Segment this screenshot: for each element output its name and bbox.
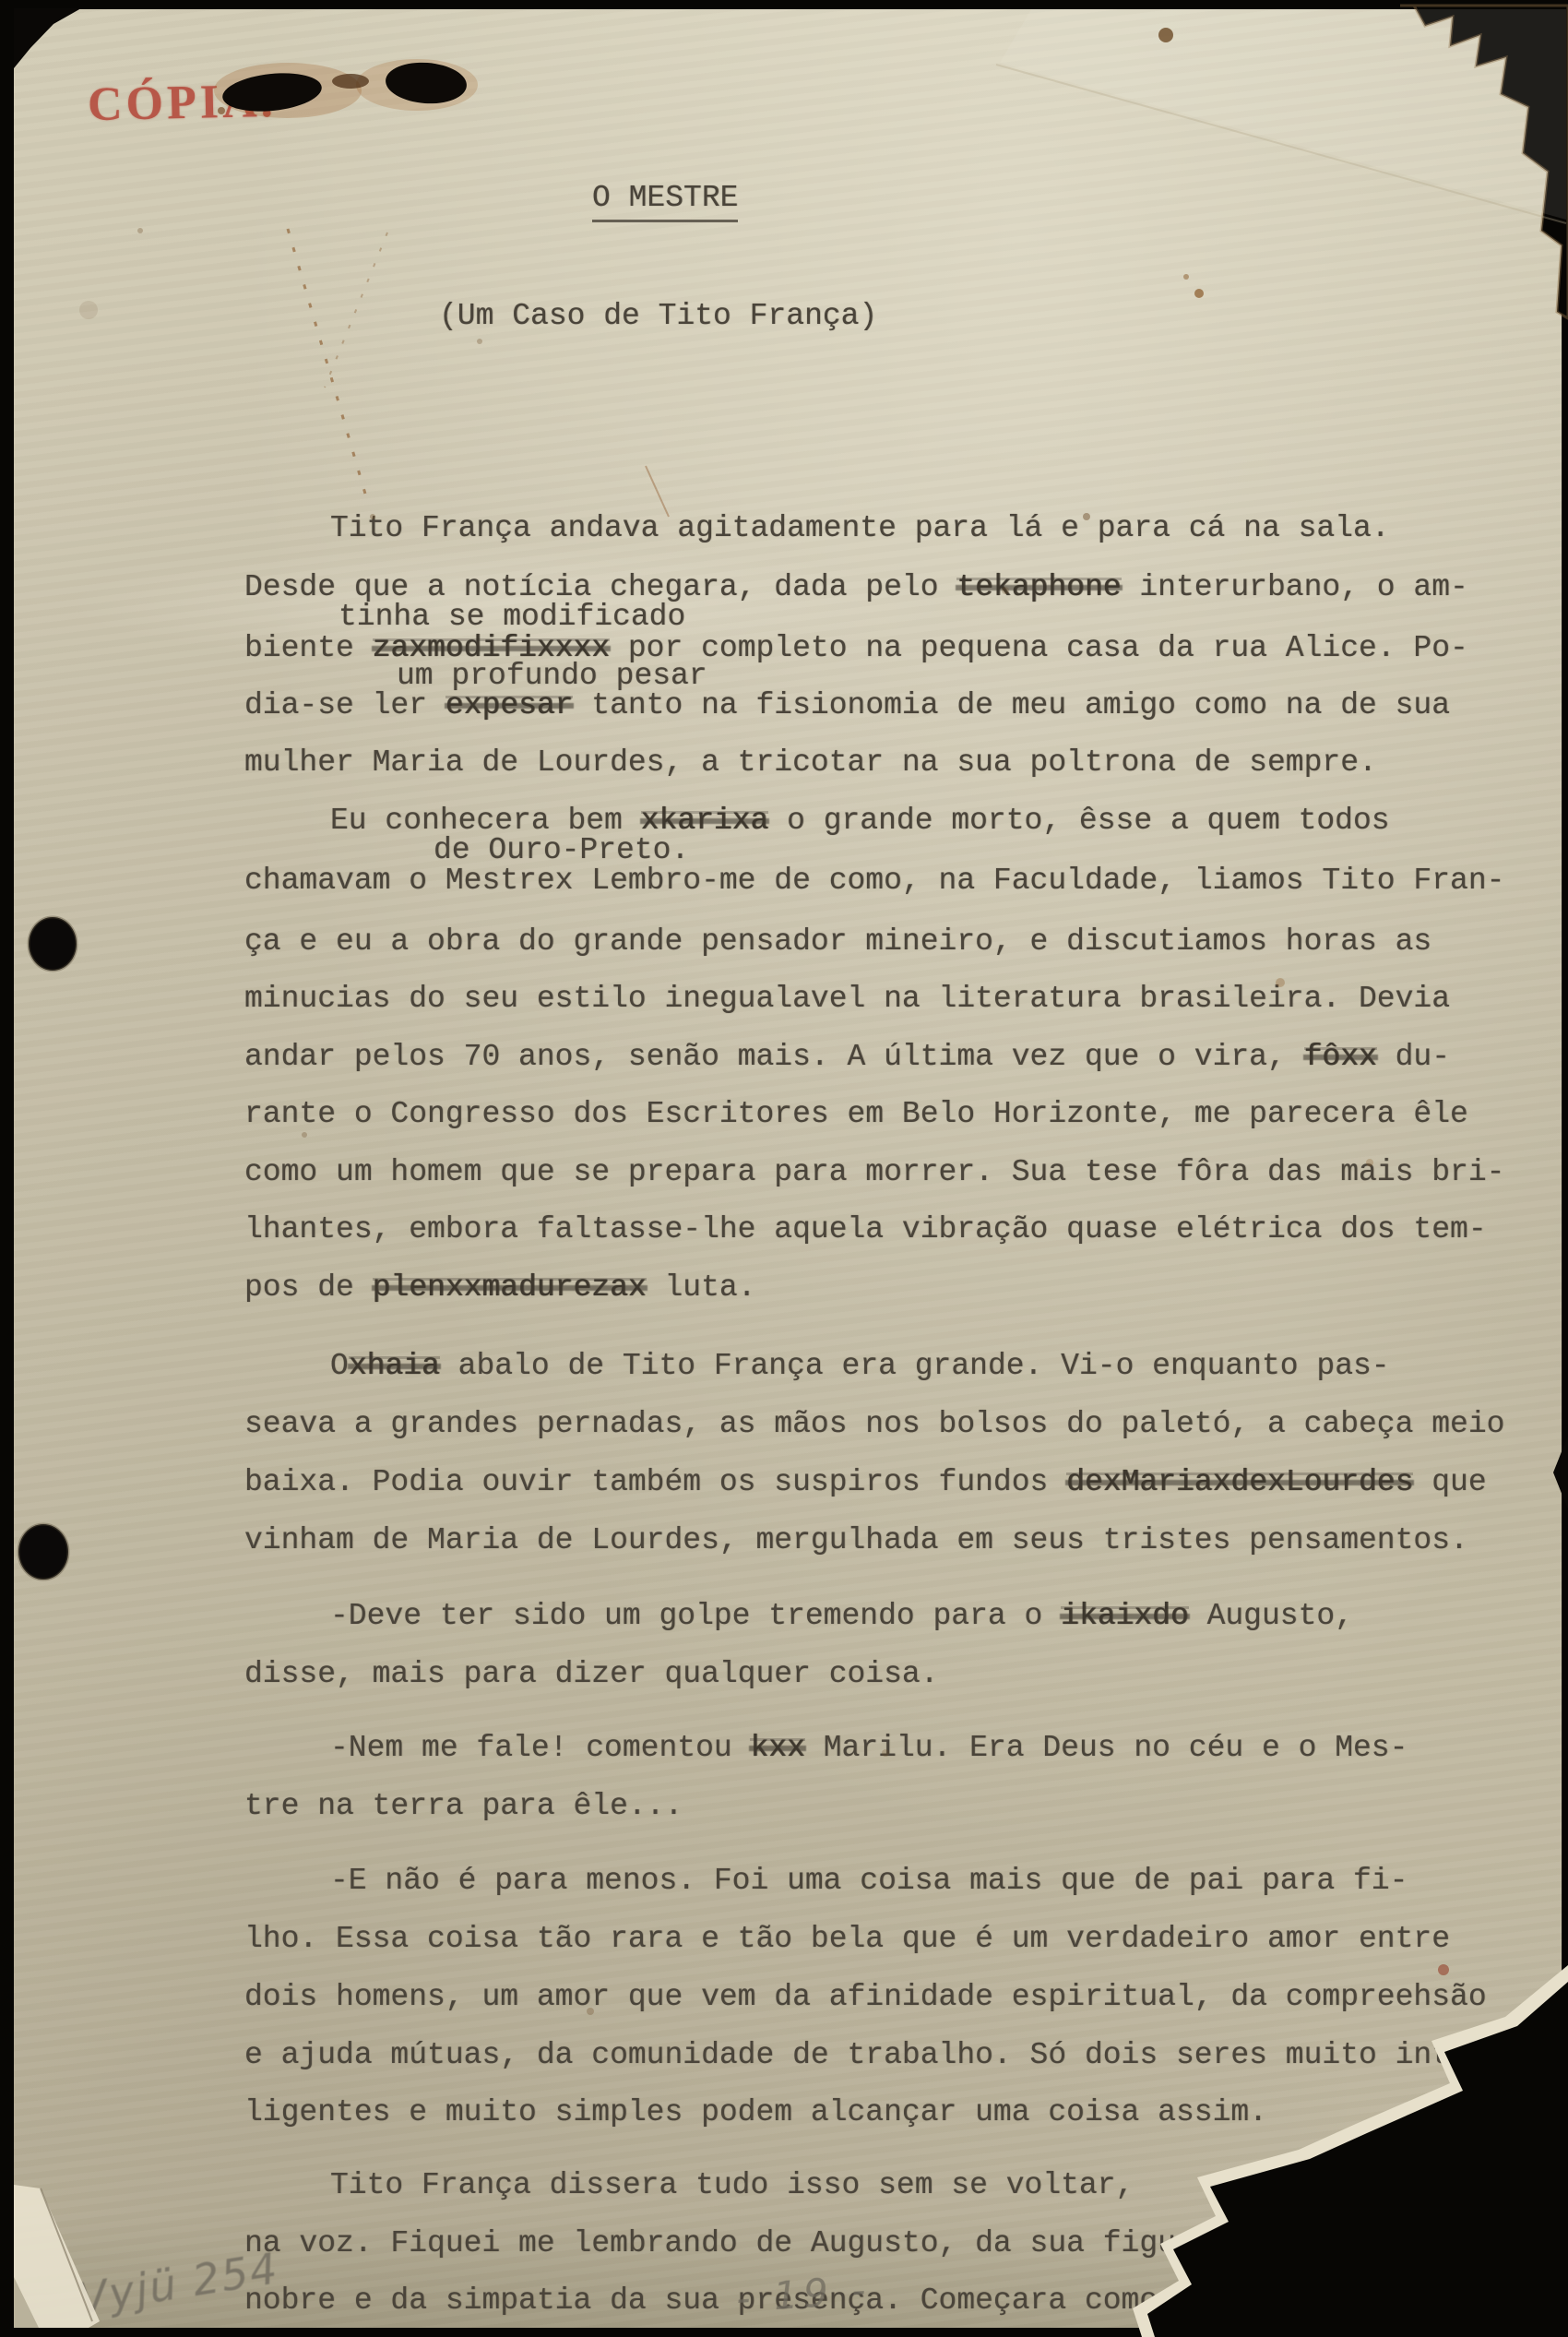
typed-line: lhantes, embora faltasse-lhe aquela vibr… (244, 1214, 1487, 1245)
typed-line: dia-se ler expesar tanto na fisionomia d… (244, 690, 1450, 721)
copy-stamp: CÓPIA. (87, 74, 277, 132)
left-edge (0, 0, 14, 2337)
typed-line: ligentes e muito simples podem alcançar … (244, 2097, 1267, 2128)
scanned-typewritten-page: CÓPIA. O MESTRE (Um Caso de Tito França)… (0, 0, 1568, 2337)
typed-line: e ajuda mútuas, da comunidade de trabalh… (244, 2040, 1468, 2070)
typed-line: Tito França andava agitadamente para lá … (330, 513, 1390, 543)
page-title: O MESTRE (592, 183, 738, 213)
right-edge (1562, 304, 1568, 1984)
typed-line: de Ouro-Preto. (434, 835, 689, 865)
struck-out-text: fôxx (1304, 1040, 1377, 1074)
struck-out-text: dexMariaxdexLourdes (1066, 1465, 1413, 1499)
typed-line: vinham de Maria de Lourdes, mergulhada e… (244, 1525, 1468, 1556)
typed-line: pos de plenxxmadurezax luta. (244, 1272, 756, 1303)
typed-line: um profundo pesar (397, 661, 707, 691)
page-number: - 19 - (734, 2267, 873, 2321)
typed-line: andar pelos 70 anos, senão mais. A últim… (244, 1042, 1450, 1072)
typed-line: Oxhaia abalo de Tito França era grande. … (330, 1351, 1390, 1381)
page-subtitle: (Um Caso de Tito França) (439, 301, 877, 331)
typed-line: mulher Maria de Lourdes, a tricotar na s… (244, 747, 1377, 778)
typed-line: tinha se modificado (339, 602, 685, 632)
typed-line: seava a grandes pernadas, as mãos nos bo… (244, 1409, 1504, 1439)
typed-line: rante o Congresso dos Escritores em Belo… (244, 1099, 1468, 1129)
typed-line: Eu conhecera bem xkarixa o grande morto,… (330, 805, 1390, 836)
typed-line: dois homens, um amor que vem da afinidad… (244, 1982, 1487, 2012)
typed-line: Tito França dissera tudo isso sem se vol… (330, 2170, 1134, 2200)
typed-line: -Nem me fale! comentou kxx Marilu. Era D… (330, 1733, 1408, 1763)
typed-line: disse, mais para dizer qualquer coisa. (244, 1659, 939, 1689)
typed-line: nobre e da simpatia da sua presença. Com… (244, 2285, 1176, 2316)
typed-line: baixa. Podia ouvir também os suspiros fu… (244, 1467, 1487, 1497)
struck-out-text: ikaixdo (1061, 1599, 1189, 1633)
typed-line: lho. Essa coisa tão rara e tão bela que … (244, 1924, 1450, 1954)
struck-out-text: expesar (445, 688, 574, 722)
typed-line: ça e eu a obra do grande pensador mineir… (244, 926, 1431, 957)
typed-line: minucias do seu estilo inegualavel na li… (244, 984, 1450, 1014)
typed-line: Desde que a notícia chegara, dada pelo t… (244, 572, 1468, 602)
typed-line: chamavam o Mestrex Lembro-me de como, na… (244, 865, 1504, 896)
typed-line: na voz. Fiquei me lembrando de Augusto, … (244, 2228, 1194, 2259)
typed-line: como um homem que se prepara para morrer… (244, 1157, 1504, 1187)
struck-out-text: plenxxmadurezax (373, 1270, 647, 1305)
struck-out-text: kxx (750, 1731, 804, 1765)
struck-out-text: xhaia (349, 1349, 440, 1383)
typed-line: -Deve ter sido um golpe tremendo para o … (330, 1601, 1353, 1631)
typed-line: tre na terra para êle... (244, 1791, 683, 1821)
struck-out-text: tekaphone (956, 570, 1121, 604)
typed-line: -E não é para menos. Foi uma coisa mais … (330, 1866, 1408, 1896)
